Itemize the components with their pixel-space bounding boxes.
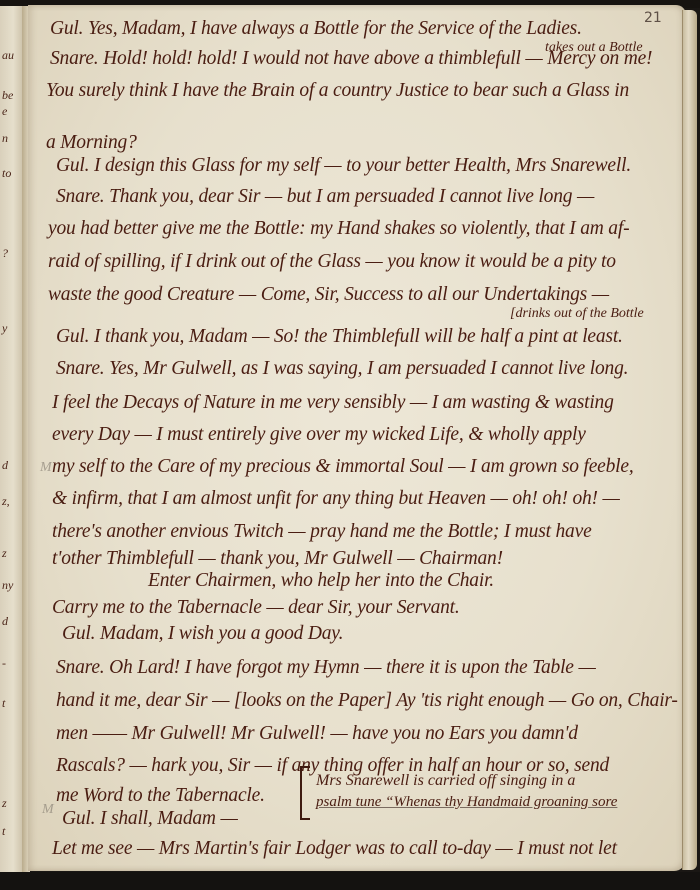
margin-fragment: - [2, 656, 6, 671]
text-line: Snare. Hold! hold! hold! I would not hav… [50, 48, 652, 70]
stage-direction: Enter Chairmen, who help her into the Ch… [148, 570, 494, 592]
margin-fragment: d [2, 614, 8, 629]
margin-fragment: ny [2, 578, 13, 593]
text-line: Snare. Oh Lard! I have forgot my Hymn — … [56, 657, 596, 679]
text-line: & infirm, that I am almost unfit for any… [52, 488, 620, 510]
stage-direction-bracket [300, 766, 310, 820]
margin-fragment: e [2, 104, 7, 119]
margin-fragment: au [2, 48, 14, 63]
text-line: Let me see — Mrs Martin's fair Lodger wa… [52, 838, 617, 860]
text-line: t'other Thimblefull — thank you, Mr Gulw… [52, 548, 503, 570]
manuscript-viewer: au be e n to ? y d z, z ny d - t z t 21 … [0, 0, 700, 890]
bottom-border [0, 872, 700, 890]
text-line: my self to the Care of my precious & imm… [52, 456, 634, 478]
stage-direction: Mrs Snarewell is carried off singing in … [316, 772, 575, 790]
stage-direction: [drinks out of the Bottle [510, 306, 644, 322]
margin-fragment: n [2, 131, 8, 146]
margin-fragment: be [2, 88, 13, 103]
text-line: hand it me, dear Sir — [looks on the Pap… [56, 690, 678, 712]
text-line: Carry me to the Tabernacle — dear Sir, y… [52, 597, 460, 619]
stage-direction: psalm tune “Whenas thy Handmaid groaning… [316, 794, 617, 811]
margin-fragment: t [2, 696, 5, 711]
margin-fragment: ? [2, 246, 8, 261]
folio-number: 21 [644, 10, 662, 26]
text-line: me Word to the Tabernacle. [56, 785, 265, 807]
text-line: waste the good Creature — Come, Sir, Suc… [48, 284, 609, 306]
text-line: raid of spilling, if I drink out of the … [48, 251, 616, 273]
text-line: there's another envious Twitch — pray ha… [52, 521, 592, 543]
text-line: Gul. I thank you, Madam — So! the Thimbl… [56, 326, 623, 348]
text-line: men —— Mr Gulwell! Mr Gulwell! — have yo… [56, 723, 578, 745]
previous-leaf-edge: au be e n to ? y d z, z ny d - t z t [0, 6, 23, 872]
text-line: you had better give me the Bottle: my Ha… [48, 218, 629, 240]
text-line: every Day — I must entirely give over my… [52, 424, 586, 446]
margin-fragment: z [2, 796, 7, 811]
margin-fragment: to [2, 166, 11, 181]
margin-fragment: d [2, 458, 8, 473]
pencil-mark: M [40, 460, 52, 476]
margin-fragment: y [2, 321, 7, 336]
text-line: I feel the Decays of Nature in me very s… [52, 392, 614, 414]
margin-fragment: z [2, 546, 7, 561]
text-line: You surely think I have the Brain of a c… [46, 80, 629, 102]
pencil-mark: M [42, 802, 54, 818]
margin-fragment: t [2, 824, 5, 839]
margin-fragment: z, [2, 494, 10, 509]
text-line: Snare. Thank you, dear Sir — but I am pe… [56, 186, 594, 208]
text-line: Gul. I shall, Madam — [62, 808, 238, 830]
page-stack-edge [682, 10, 697, 870]
text-line: a Morning? [46, 132, 137, 154]
text-line: Snare. Yes, Mr Gulwell, as I was saying,… [56, 358, 628, 380]
text-line: Gul. I design this Glass for my self — t… [56, 155, 631, 177]
text-line: Gul. Madam, I wish you a good Day. [62, 623, 343, 645]
text-line: Gul. Yes, Madam, I have always a Bottle … [50, 18, 582, 40]
